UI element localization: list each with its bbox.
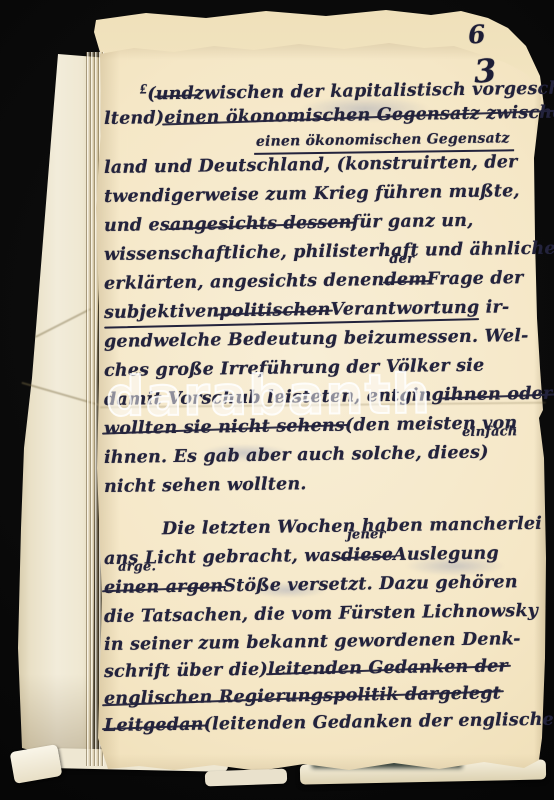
struck-text: einen argenarge.	[104, 572, 224, 603]
manuscript-photo: 6 3 ₤ (und zwischen der kapitalistisch v…	[0, 0, 554, 800]
inserted-correction: arge.	[118, 560, 156, 574]
inserted-correction: einfach	[462, 425, 518, 439]
struck-text: politischen	[219, 296, 331, 327]
handwritten-text: Stöße versetzt. Dazu gehören	[223, 568, 518, 601]
handwritten-text: Auslegung	[393, 539, 499, 569]
handwritten-text: für ganz un,	[351, 207, 473, 238]
paper-tab	[10, 744, 63, 784]
tape-fragment	[205, 769, 287, 787]
struck-text: Leitgedan	[104, 712, 204, 740]
handwritten-text: Frage der	[427, 264, 524, 294]
handwritten-text: erklärten, angesichts denen	[104, 266, 385, 299]
struck-text: ihnen oder	[444, 380, 553, 411]
struck-text: angesichts dessen	[170, 209, 352, 241]
handwritten-text: und es	[104, 211, 170, 241]
page-number-back: 6	[467, 19, 486, 49]
handwritten-text: nicht sehen wollten.	[104, 470, 307, 502]
handwritten-text: ltend)	[104, 104, 165, 134]
watermark-overlay: darabanth	[106, 363, 432, 429]
handwritten-text: subjektiven	[104, 297, 220, 328]
handwritten-text: es)einfach	[459, 439, 489, 468]
handwritten-line: Leitgedan (leitenden Gedanken der englis…	[104, 707, 540, 740]
struck-text: demder	[384, 265, 427, 295]
inserted-correction: der	[389, 253, 414, 266]
inserted-correction: jener	[347, 528, 386, 542]
handwritten-line: nicht sehen wollten.	[104, 467, 540, 502]
handwritten-text: schrift über die)	[104, 657, 268, 686]
struck-text: leitenden Gedanken der	[268, 653, 508, 683]
handwritten-text: (leitenden Gedanken der englischen	[203, 707, 554, 739]
handwritten-text: Verantwortung ir-	[330, 293, 509, 324]
struck-text: diesejener	[341, 541, 393, 571]
